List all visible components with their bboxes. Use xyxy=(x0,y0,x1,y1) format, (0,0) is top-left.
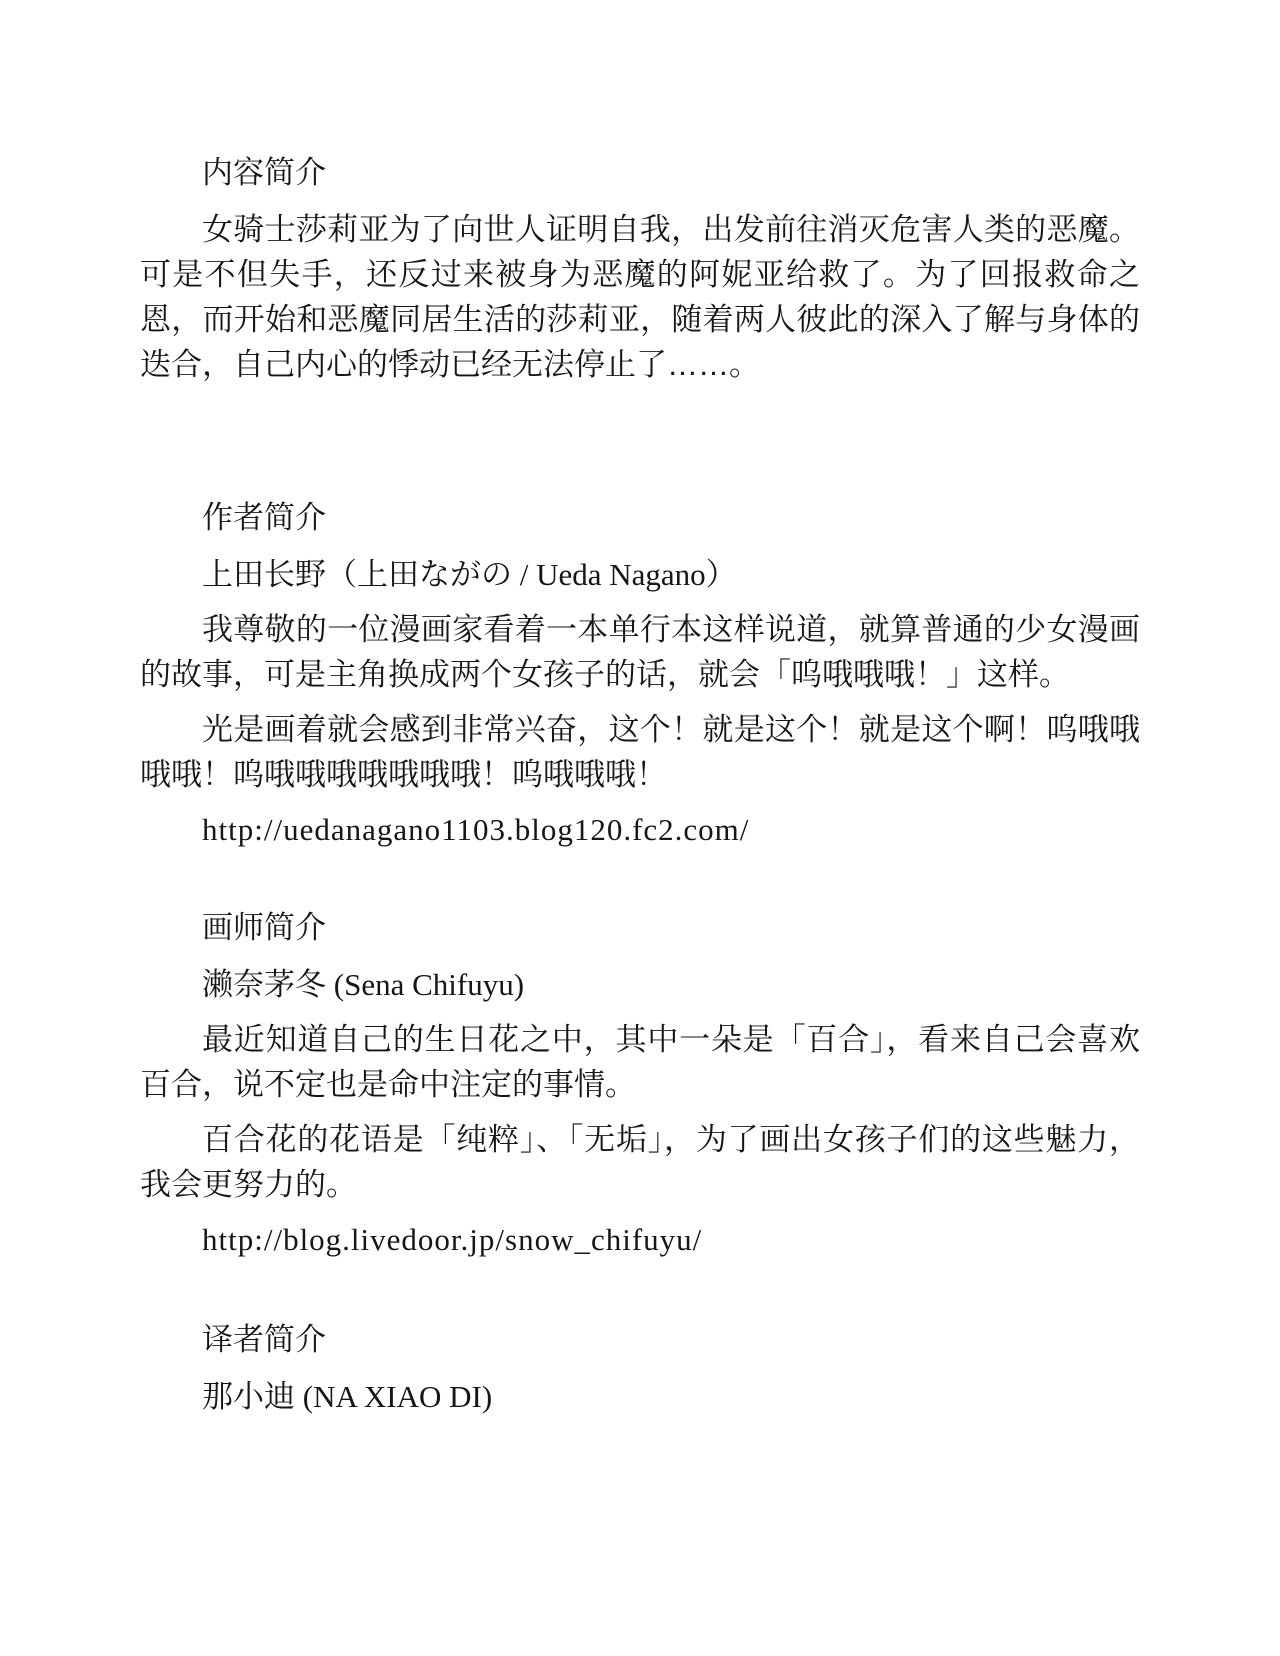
content-intro-paragraph: 女骑士莎莉亚为了向世人证明自我，出发前往消灭危害人类的恶魔。可是不但失手，还反过… xyxy=(140,207,1140,387)
section-artist-intro: 画师简介 濑奈茅冬 (Sena Chifuyu) 最近知道自己的生日花之中，其中… xyxy=(140,905,1140,1262)
translator-intro-heading: 译者简介 xyxy=(140,1317,1140,1362)
author-name: 上田长野 xyxy=(202,557,326,592)
author-name-romanized: （上田ながの / Ueda Nagano） xyxy=(326,557,737,592)
artist-blog-url: http://blog.livedoor.jp/snow_chifuyu/ xyxy=(140,1217,1140,1262)
translator-name: 那小迪 xyxy=(202,1379,295,1414)
author-intro-heading: 作者简介 xyxy=(140,495,1140,540)
author-paragraph: 我尊敬的一位漫画家看着一本单行本这样说道，就算普通的少女漫画的故事，可是主角换成… xyxy=(140,607,1140,697)
author-blog-url: http://uedanagano1103.blog120.fc2.com/ xyxy=(140,807,1140,852)
artist-intro-heading: 画师简介 xyxy=(140,905,1140,950)
content-intro-heading: 内容简介 xyxy=(140,150,1140,195)
artist-paragraph: 最近知道自己的生日花之中，其中一朵是「百合」，看来自己会喜欢百合，说不定也是命中… xyxy=(140,1017,1140,1107)
section-author-intro: 作者简介 上田长野（上田ながの / Ueda Nagano） 我尊敬的一位漫画家… xyxy=(140,495,1140,852)
artist-name-romanized: (Sena Chifuyu) xyxy=(326,967,524,1002)
book-intro-page: 内容简介 女骑士莎莉亚为了向世人证明自我，出发前往消灭危害人类的恶魔。可是不但失… xyxy=(0,0,1280,1656)
artist-name: 濑奈茅冬 xyxy=(202,967,326,1002)
author-name-line: 上田长野（上田ながの / Ueda Nagano） xyxy=(140,552,1140,597)
translator-name-romanized: (NA XIAO DI) xyxy=(295,1379,492,1414)
section-translator-intro: 译者简介 那小迪 (NA XIAO DI) xyxy=(140,1317,1140,1419)
section-content-intro: 内容简介 女骑士莎莉亚为了向世人证明自我，出发前往消灭危害人类的恶魔。可是不但失… xyxy=(140,150,1140,387)
artist-paragraph: 百合花的花语是「纯粹」、「无垢」，为了画出女孩子们的这些魅力，我会更努力的。 xyxy=(140,1117,1140,1207)
author-paragraph: 光是画着就会感到非常兴奋，这个！就是这个！就是这个啊！呜哦哦哦哦！呜哦哦哦哦哦哦… xyxy=(140,707,1140,797)
artist-name-line: 濑奈茅冬 (Sena Chifuyu) xyxy=(140,962,1140,1007)
translator-name-line: 那小迪 (NA XIAO DI) xyxy=(140,1374,1140,1419)
